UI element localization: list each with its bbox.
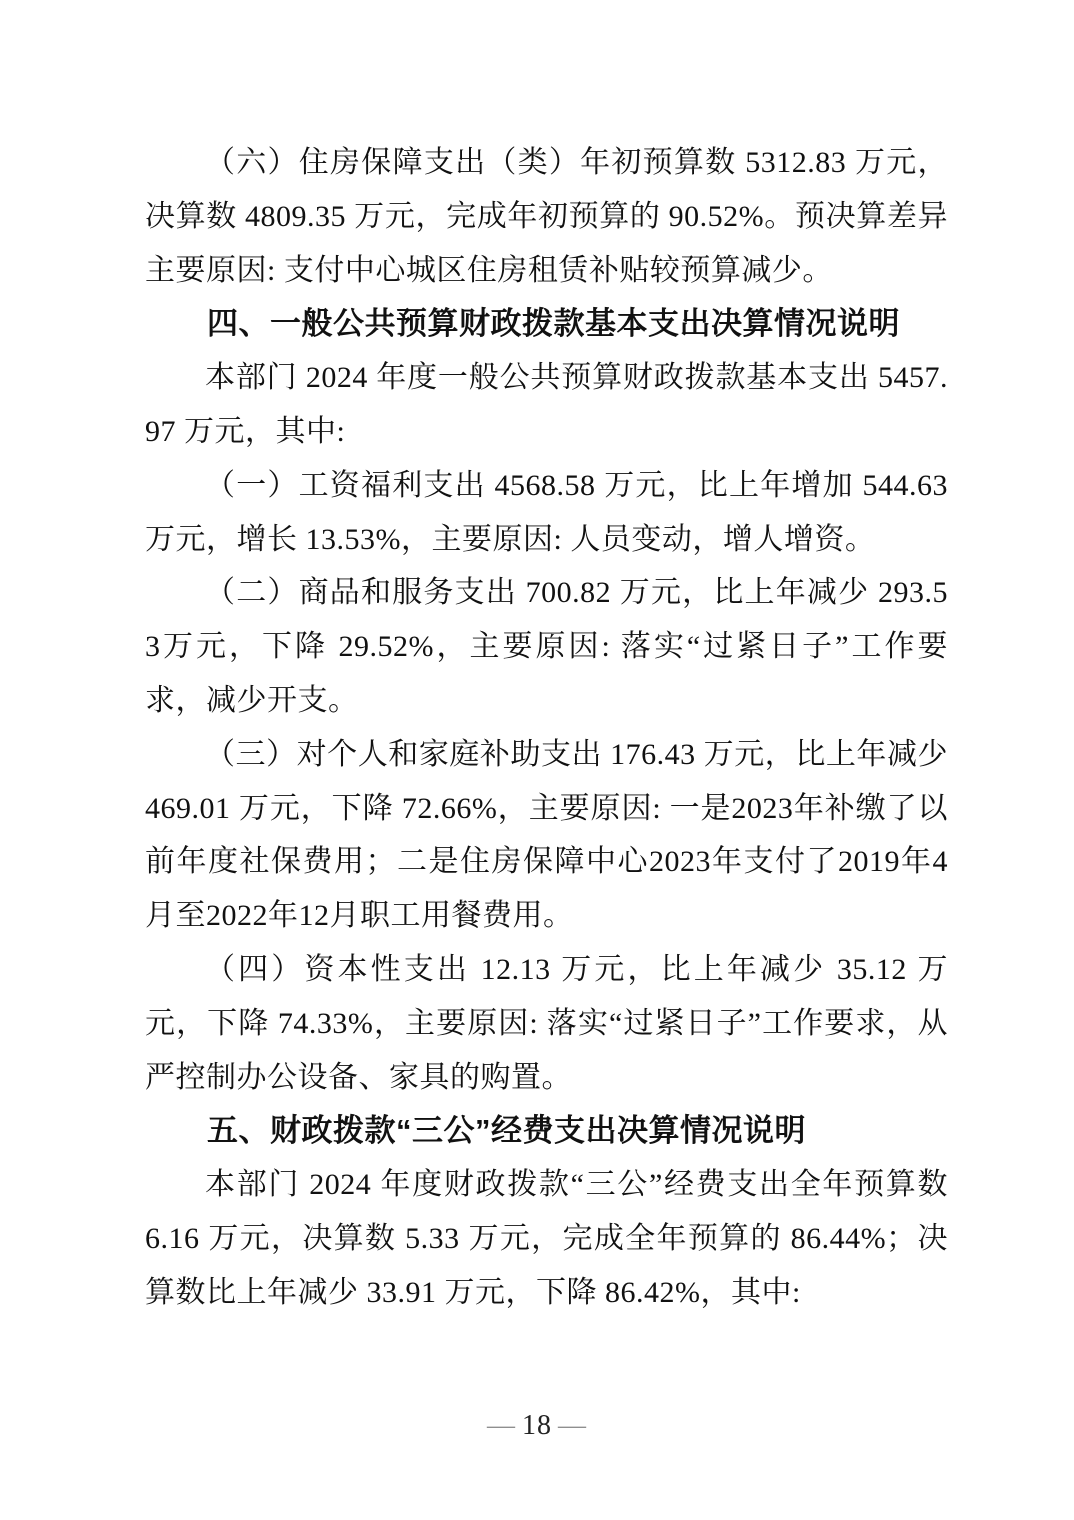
paragraph: （二）商品和服务支出 700.82 万元，比上年减少 293.53万元，下降 2…: [145, 566, 948, 727]
document-page: （六）住房保障支出（类）年初预算数 5312.83 万元，决算数 4809.35…: [0, 0, 1074, 1520]
paragraph: 本部门 2024 年度财政拨款“三公”经费支出全年预算数 6.16 万元，决算数…: [145, 1158, 948, 1319]
paragraph: （六）住房保障支出（类）年初预算数 5312.83 万元，决算数 4809.35…: [145, 136, 948, 297]
page-number: 18: [522, 1410, 552, 1441]
paragraph: （四）资本性支出 12.13 万元，比上年减少 35.12 万元，下降 74.3…: [145, 943, 948, 1104]
paragraph: （一）工资福利支出 4568.58 万元，比上年增加 544.63万元，增长 1…: [145, 459, 948, 567]
footer-left-dash: —: [481, 1410, 522, 1441]
footer-right-dash: —: [552, 1410, 593, 1441]
paragraph: 四、一般公共预算财政拨款基本支出决算情况说明: [145, 297, 948, 351]
document-content: （六）住房保障支出（类）年初预算数 5312.83 万元，决算数 4809.35…: [145, 136, 948, 1320]
paragraph: 本部门 2024 年度一般公共预算财政拨款基本支出 5457.97 万元，其中:: [145, 351, 948, 459]
page-footer: —18—: [0, 1406, 1074, 1446]
paragraph: 五、财政拨款“三公”经费支出决算情况说明: [145, 1104, 948, 1158]
paragraph: （三）对个人和家庭补助支出 176.43 万元，比上年减少 469.01 万元，…: [145, 728, 948, 943]
